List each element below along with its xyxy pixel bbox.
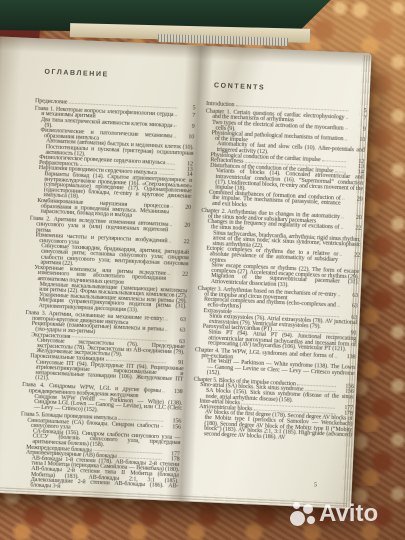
toc-page-number: 22 [343,252,360,258]
toc-column-russian: Предисловие5Глава 1. Некоторые вопросы э… [18,95,196,494]
toc-page-number: 22 [345,225,362,231]
avito-logo-icon [290,501,316,527]
toc-page-number: 63 [342,292,359,298]
toc-page-number: 63 [169,316,186,322]
toc-page-number: 9 [349,125,366,131]
toc-page-number: 138 [339,353,356,359]
toc-heading-russian: ОГЛАВЛЕНИЕ [44,69,109,79]
avito-watermark: Avito [290,496,402,532]
toc-page-number: 5 [350,107,367,113]
toc-page-number: 63 [341,302,358,308]
page-left-curve-shadow [0,36,22,493]
toc-page-number: 22 [171,270,188,276]
toc-page-number: 20 [174,222,191,228]
toc-column-english: Introduction5Chapter 1. Certain question… [191,98,367,443]
toc-page-number: 22 [173,238,190,244]
toc-page-number: 7 [179,112,196,118]
avito-wordmark: Avito [319,502,378,526]
toc-page-number: 9 [178,122,195,128]
toc-page-number: 156 [164,423,181,429]
open-book: ОГЛАВЛЕНИЕ CONTENTS Предисловие5Глава 1.… [0,36,372,509]
toc-page-number: 7 [350,114,367,120]
toc-page-number: 20 [346,195,363,201]
toc-page-number: 5 [179,104,196,110]
toc-page-number: 20 [174,203,191,209]
photo-scene: ОГЛАВЛЕНИЕ CONTENTS Предисловие5Глава 1.… [0,0,405,540]
toc-page-number: 138 [166,388,183,394]
toc-entry: AV blocks of the first degree (178). Sec… [191,408,353,442]
toc-heading-english: CONTENTS [214,82,266,91]
toc-page-number: 63 [169,327,186,333]
toc-entry: АВ-блокады 1-й степени (178). АВ-блокады… [18,454,180,494]
toc-page-number: 10 [178,133,195,139]
page-number-folio: 5 [314,482,317,488]
toc-page-number: 20 [345,214,362,220]
toc-page-number: 10 [349,136,366,142]
